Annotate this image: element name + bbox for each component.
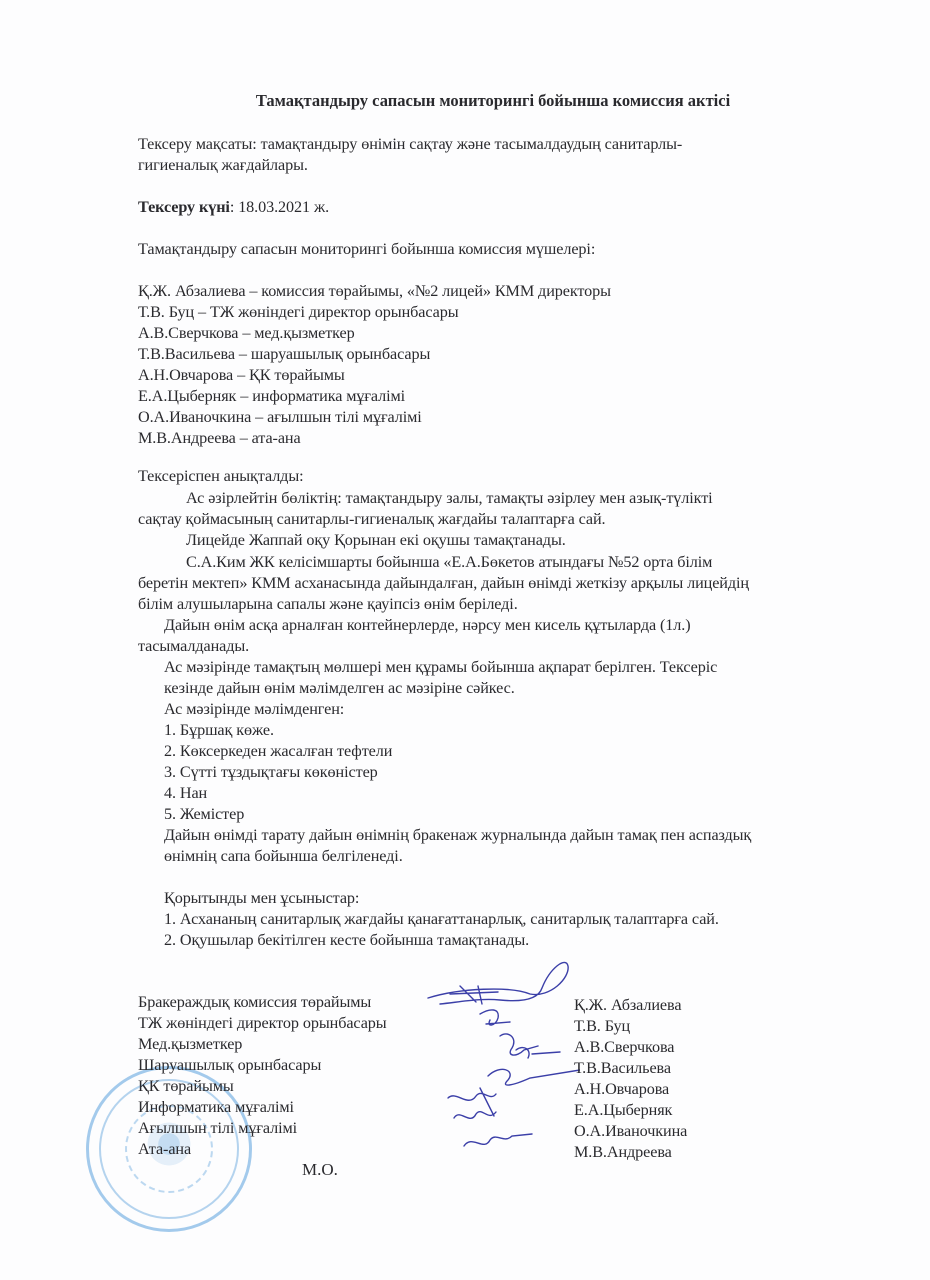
document-page: Тамақтандыру сапасын мониторингі бойынша…: [0, 0, 930, 1280]
inspection-date: Тексеру күні: 18.03.2021 ж.: [138, 197, 329, 218]
signature-name: О.А.Иваночкина: [574, 1121, 687, 1142]
signature-role: Мед.қызметкер: [138, 1034, 242, 1055]
findings-line: Дайын өнім асқа арналған контейнерлерде,…: [164, 615, 690, 636]
signature-role: Ата-ана: [138, 1139, 191, 1160]
member-item: О.А.Иваночкина – ағылшын тілі мұғалімі: [138, 407, 422, 428]
conclusion-item: 2. Оқушылар бекітілген кесте бойынша там…: [164, 930, 529, 951]
date-value: : 18.03.2021 ж.: [230, 198, 329, 216]
conclusion-item: 1. Асхананың санитарлық жағдайы қанағатт…: [164, 909, 719, 930]
signature-role: ҚК төрайымы: [138, 1076, 234, 1097]
findings-line: кезінде дайын өнім мәлімделген ас мәзірі…: [164, 678, 515, 699]
signature-role: Ағылшын тілі мұғалімі: [138, 1118, 297, 1139]
menu-item: 4. Нан: [164, 783, 207, 804]
signature-name: Е.А.Цыберняк: [574, 1100, 672, 1121]
findings-line: тасымалданады.: [138, 636, 249, 657]
signature-name: Қ.Ж. Абзалиева: [574, 995, 681, 1016]
signature-name: Т.В. Буц: [574, 1016, 630, 1037]
distribution-line-1: Дайын өнімді тарату дайын өнімнің бракен…: [164, 825, 751, 846]
findings-line: сақтау қоймасының санитарлы-гигиеналық ж…: [138, 509, 606, 530]
signature-name: А.Н.Овчарова: [574, 1079, 669, 1100]
menu-item: 2. Көксеркеден жасалған тефтели: [164, 741, 392, 762]
findings-line: Ас мәзірінде мәлімденген:: [164, 699, 344, 720]
menu-item: 1. Бұршақ көже.: [164, 720, 274, 741]
findings-line: білім алушыларына сапалы және қауіпсіз ө…: [138, 594, 518, 615]
signature-role: Бракераждық комиссия төрайымы: [138, 992, 371, 1013]
seal-label: М.О.: [302, 1160, 338, 1180]
findings-heading: Тексеріспен анықталды:: [138, 466, 304, 487]
member-item: А.Н.Овчарова – ҚК төрайымы: [138, 365, 345, 386]
signature-name: А.В.Сверчкова: [574, 1037, 674, 1058]
date-label: Тексеру күні: [138, 198, 230, 216]
distribution-line-2: өнімнің сапа бойынша белгіленеді.: [164, 846, 403, 867]
findings-line: беретін мектеп» КММ асханасында дайындал…: [138, 573, 749, 594]
signature-name: Т.В.Васильева: [574, 1058, 671, 1079]
members-heading: Тамақтандыру сапасын мониторингі бойынша…: [138, 239, 595, 260]
menu-item: 5. Жемістер: [164, 804, 244, 825]
purpose-line-1: Тексеру мақсаты: тамақтандыру өнімін сақ…: [138, 134, 682, 155]
document-title: Тамақтандыру сапасын мониторингі бойынша…: [0, 91, 930, 111]
member-item: Т.В.Васильева – шаруашылық орынбасары: [138, 344, 430, 365]
conclusions-heading: Қорытынды мен ұсыныстар:: [164, 888, 359, 909]
findings-line: Ас әзірлейтін бөліктің: тамақтандыру зал…: [186, 488, 713, 509]
member-item: А.В.Сверчкова – мед.қызметкер: [138, 323, 355, 344]
member-item: Қ.Ж. Абзалиева – комиссия төрайымы, «№2 …: [138, 281, 611, 302]
menu-item: 3. Сүтті тұздықтағы көкөністер: [164, 762, 378, 783]
signature-name: М.В.Андреева: [574, 1142, 672, 1163]
findings-line: С.А.Ким ЖК келісімшарты бойынша «Е.А.Бөк…: [186, 552, 712, 573]
member-item: М.В.Андреева – ата-ана: [138, 428, 301, 449]
handwritten-signatures-icon: [420, 958, 580, 1168]
signature-role: Шаруашылық орынбасары: [138, 1055, 321, 1076]
purpose-line-2: гигиеналық жағдайлары.: [138, 155, 308, 176]
member-item: Т.В. Буц – ТЖ жөніндегі директор орынбас…: [138, 302, 459, 323]
signature-role: Информатика мұғалімі: [138, 1097, 294, 1118]
findings-line: Лицейде Жаппай оқу Қорынан екі оқушы там…: [186, 530, 566, 551]
signature-role: ТЖ жөніндегі директор орынбасары: [138, 1013, 387, 1034]
findings-line: Ас мәзірінде тамақтың мөлшері мен құрамы…: [164, 657, 717, 678]
member-item: Е.А.Цыберняк – информатика мұғалімі: [138, 386, 405, 407]
